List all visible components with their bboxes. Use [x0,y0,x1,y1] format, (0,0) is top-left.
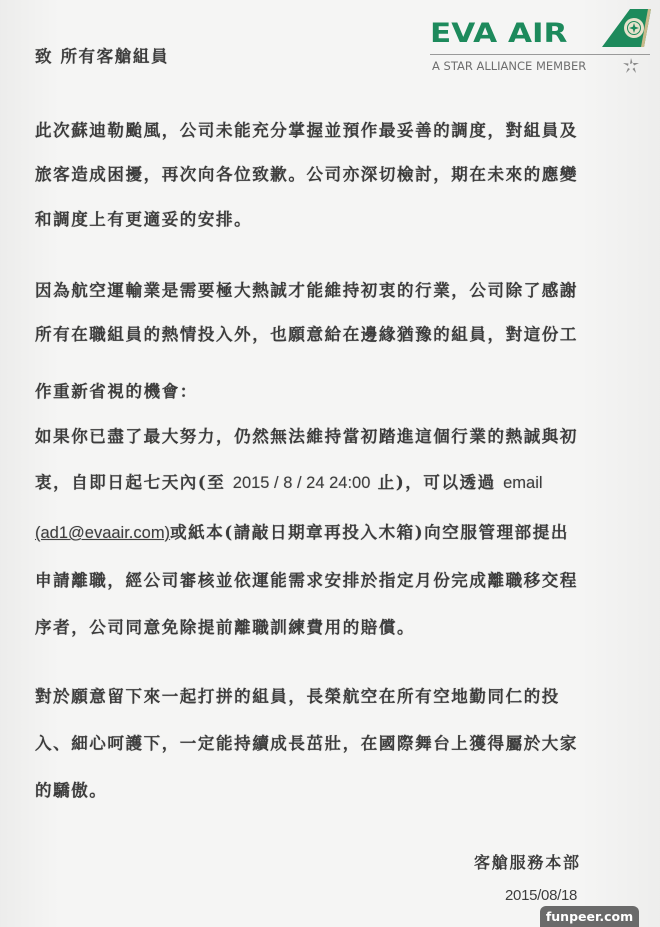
scanned-letter-page: EVA AIR A STAR ALLIANCE MEMBER 致 所有客艙組員 … [0,0,660,927]
paragraph-2-line-3: 作重新省視的機會： [35,381,198,403]
paragraph-4-line-1: 對於願意留下來一起打拼的組員，長榮航空在所有空地勤同仁的投 [35,686,560,708]
email-word: email [503,474,542,492]
deadline-date: 2015 / 8 / 24 24:00 [233,474,371,492]
logo-divider [430,54,650,55]
paragraph-3-line-4: 申請離職，經公司審核並依運能需求安排於指定月份完成離職移交程 [35,570,578,592]
paragraph-1-line-1: 此次蘇迪勒颱風，公司未能充分掌握並預作最妥善的調度，對組員及 [35,120,578,142]
email-address-link[interactable]: (ad1@evaair.com) [35,524,170,542]
salutation: 致 所有客艙組員 [35,46,169,68]
aircraft-tail-icon [600,8,652,48]
signature-department: 客艙服務本部 [474,850,581,873]
paragraph-2-line-1: 因為航空運輸業是需要極大熱誠才能維持初衷的行業，公司除了感謝 [35,280,578,302]
paragraph-4-line-2: 入、細心呵護下，一定能持續成長茁壯，在國際舞台上獲得屬於大家 [35,733,578,755]
paragraph-3-line-1: 如果你已盡了最大努力，仍然無法維持當初踏進這個行業的熱誠與初 [35,426,578,448]
paragraph-3-line-5: 序者，公司同意免除提前離職訓練費用的賠償。 [35,617,415,639]
paragraph-3-line-2-mid: 止)，可以透過 [370,473,503,492]
paragraph-3-line-3-suffix: 或紙本(請敲日期章再投入木箱)向空服管理部提出 [170,523,569,542]
paragraph-4-line-3: 的驕傲。 [35,780,107,802]
paragraph-1-line-2: 旅客造成困擾，再次向各位致歉。公司亦深切檢討，期在未來的應變 [35,164,578,186]
signature-date: 2015/08/18 [505,887,577,904]
paragraph-3-line-2-prefix: 衷，自即日起七天內(至 [35,473,233,492]
logo-tagline: A STAR ALLIANCE MEMBER [432,59,586,73]
paragraph-1-line-3: 和調度上有更適妥的安排。 [35,209,252,231]
paragraph-2-line-2: 所有在職組員的熱情投入外，也願意給在邊緣猶豫的組員，對這份工 [35,324,578,346]
paragraph-3-line-3: (ad1@evaair.com)或紙本(請敲日期章再投入木箱)向空服管理部提出 [35,522,569,544]
logo-wordmark: EVA AIR [430,18,567,49]
paragraph-3-line-2: 衷，自即日起七天內(至 2015 / 8 / 24 24:00 止)，可以透過 … [35,472,543,494]
star-alliance-icon [622,58,640,74]
eva-air-logo: EVA AIR A STAR ALLIANCE MEMBER [428,6,654,78]
watermark-badge: funpeer.com [540,906,639,927]
